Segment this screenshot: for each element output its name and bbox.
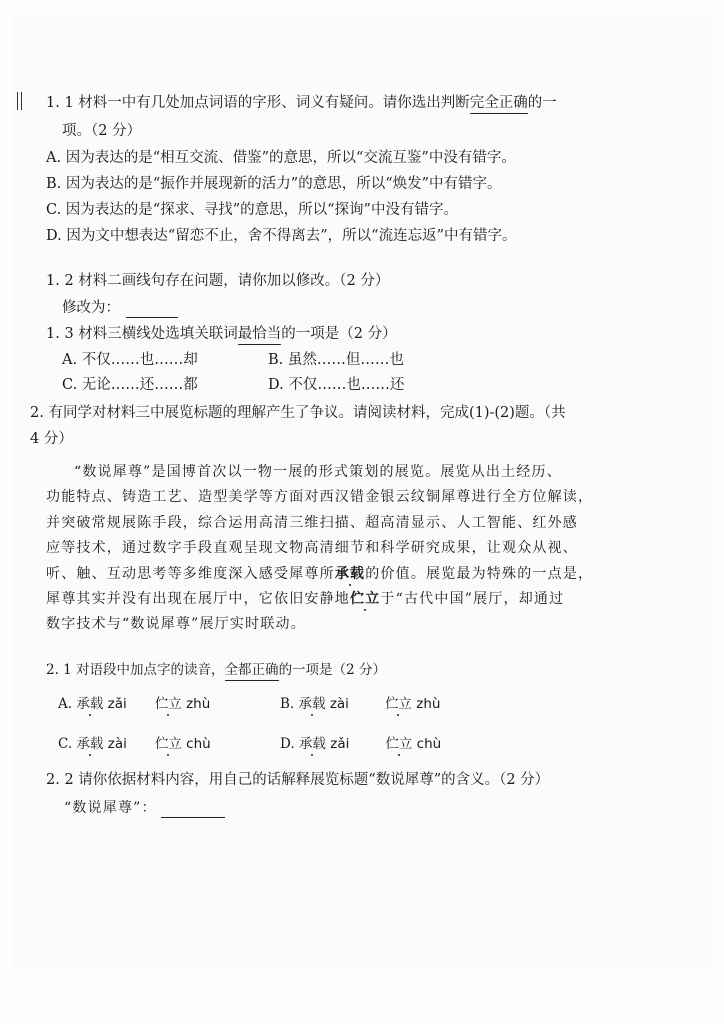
q2-1-stem: 2. 1 对语段中加点字的读音，全都正确的一项是（2 分）	[46, 660, 386, 680]
passage-line: 并突破常规展陈手段，综合运用高清三维扫描、超高清显示、人工智能、红外感	[46, 513, 578, 533]
emphasis-underline: 全都正确	[225, 662, 279, 678]
q2-stem: 2. 有同学对材料三中展览标题的理解产生了争议。请阅读材料，完成(1)-(2)题…	[30, 403, 566, 423]
q1-3-option-d: D. 不仅……也……还	[268, 375, 404, 395]
q2-1-option-a: A. 承载 zǎi伫立 zhù	[58, 694, 210, 714]
answer-blank[interactable]	[126, 303, 178, 318]
q1-3-option-b: B. 虽然……但……也	[268, 350, 404, 370]
passage-line: 应等技术，通过数字手段直观呈现文物高清细节和科学研究成果，让观众从视、	[46, 538, 578, 558]
q1-2-stem: 1. 2 材料二画线句存在问题，请你加以修改。（2 分）	[46, 271, 389, 291]
margin-mark	[17, 92, 22, 110]
q1-1-stem-cont: 项。（2 分）	[62, 121, 141, 141]
dotted-word: 承载	[335, 566, 365, 582]
q2-1-option-c: C. 承载 zài伫立 chù	[58, 734, 211, 754]
q1-2-answer: 修改为：	[62, 298, 178, 318]
q2-2-stem: 2. 2 请你依据材料内容，用自己的话解释展览标题“数说犀尊”的含义。（2 分）	[46, 770, 549, 790]
passage-line: 数字技术与“数说犀尊”展厅实时联动。	[46, 614, 306, 634]
q1-1-option-d: D. 因为文中想表达“留恋不止，舍不得离去”，所以“流连忘返”中有错字。	[46, 226, 516, 246]
emphasis-underline: 最恰当	[238, 326, 282, 342]
q1-1-stem: 1. 1 材料一中有几处加点词语的字形、词义有疑问。请你选出判断完全正确的一	[46, 93, 557, 113]
q2-1-option-d: D. 承载 zǎi伫立 chù	[280, 734, 441, 754]
emphasis-underline: 完全正确	[470, 95, 528, 111]
q1-3-stem: 1. 3 材料三横线处选填关联词最恰当的一项是（2 分）	[46, 324, 397, 344]
q1-1-option-c: C. 因为表达的是“探求、寻找”的意思，所以“探询”中没有错字。	[46, 200, 458, 220]
q1-1-option-b: B. 因为表达的是“振作并展现新的活力”的意思，所以“焕发”中有错字。	[46, 174, 502, 194]
passage-line: 犀尊其实并没有出现在展厅中，它依旧安静地伫立于“古代中国”展厅，却通过	[46, 589, 564, 609]
q1-1-option-a: A. 因为表达的是“相互交流、借鉴”的意思，所以“交流互鉴”中没有错字。	[46, 148, 516, 168]
dotted-word: 伫立	[350, 591, 380, 607]
passage-line: 听、触、互动思考等多维度深入感受犀尊所承载的价值。展览最为特殊的一点是，	[46, 564, 593, 584]
passage-line: 功能特点、铸造工艺、造型美学等方面对西汉错金银云纹铜犀尊进行全方位解读，	[46, 487, 593, 507]
q2-1-option-b: B. 承载 zài伫立 zhù	[280, 694, 440, 714]
q2-2-answer: “数说犀尊”：	[64, 798, 225, 818]
passage-line: “数说犀尊”是国博首次以一物一展的形式策划的展览。展览从出土经历、	[74, 462, 562, 482]
q2-stem-cont: 4 分）	[30, 429, 73, 449]
answer-blank[interactable]	[161, 803, 225, 818]
q1-3-option-c: C. 无论……还……都	[62, 375, 198, 395]
q1-3-option-a: A. 不仅……也……却	[62, 350, 198, 370]
